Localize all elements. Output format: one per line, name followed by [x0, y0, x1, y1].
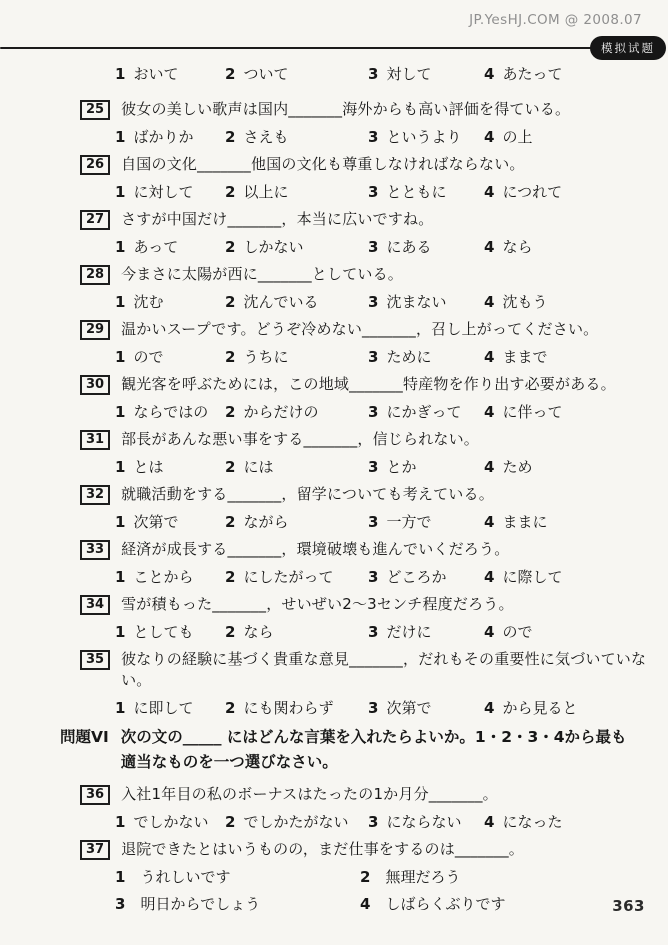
- option-label: にも関わらず: [243, 699, 333, 717]
- option-number: 2: [225, 293, 235, 311]
- section-heading: 問題VI 次の文の_____ にはどんな言葉を入れたらよいか。1・2・3・4から…: [60, 725, 658, 775]
- option-label: なら: [502, 238, 532, 256]
- section-instructions-line2: 適当なものを一つ選びなさい。: [121, 753, 338, 771]
- option-item: 4沈もう: [484, 292, 658, 313]
- option-item: 1でしかない: [115, 812, 225, 833]
- option-label: というより: [386, 128, 461, 146]
- question-item: 27さすが中国だけ_______，本当に広いですね。1あって2しかない3にある4…: [80, 209, 658, 258]
- option-number: 3: [115, 895, 125, 913]
- option-label: に即して: [133, 699, 193, 717]
- question-row: 34雪が積もった_______，せいぜい2～3センチ程度だろう。: [80, 594, 658, 615]
- option-item: 3ために: [368, 347, 484, 368]
- option-item: 4ので: [484, 622, 658, 643]
- question-item: 37退院できたとはいうものの，まだ仕事をするのは_______。1うれしいです2…: [80, 839, 658, 915]
- option-number: 2: [225, 699, 235, 717]
- question-item: 34雪が積もった_______，せいぜい2～3センチ程度だろう。1としても2なら…: [80, 594, 658, 643]
- option-label: どころか: [386, 568, 446, 586]
- option-item: 1おいて: [115, 64, 225, 85]
- option-item: 2ながら: [225, 512, 368, 533]
- question-text: 自国の文化_______他国の文化も尊重しなければならない。: [121, 154, 525, 175]
- option-label: ために: [386, 348, 431, 366]
- option-number: 1: [115, 568, 125, 586]
- option-label: には: [243, 458, 273, 476]
- question-number-box: 32: [80, 485, 110, 505]
- question-number-box: 25: [80, 100, 110, 120]
- questions-section-v: 25彼女の美しい歌声は国内_______海外からも高い評価を得ている。1ばかりか…: [80, 99, 658, 719]
- section-instructions-line1: 次の文の_____ にはどんな言葉を入れたらよいか。1・2・3・4から最も: [121, 728, 627, 746]
- question-number-box: 31: [80, 430, 110, 450]
- option-label: さえも: [243, 128, 288, 146]
- question-row: 25彼女の美しい歌声は国内_______海外からも高い評価を得ている。: [80, 99, 658, 120]
- option-item: 3とか: [368, 457, 484, 478]
- option-label: 沈もう: [502, 293, 547, 311]
- option-number: 2: [225, 348, 235, 366]
- option-number: 3: [368, 238, 378, 256]
- option-item: 2なら: [225, 622, 368, 643]
- option-label: に対して: [133, 183, 193, 201]
- option-label: だけに: [386, 623, 431, 641]
- question-row: 31部長があんな悪い事をする_______，信じられない。: [80, 429, 658, 450]
- question-number-box: 35: [80, 650, 110, 670]
- option-item: 4に伴って: [484, 402, 658, 423]
- option-number: 2: [225, 128, 235, 146]
- question-row: 28今まさに太陽が西に_______としている。: [80, 264, 658, 285]
- option-number: 2: [225, 513, 235, 531]
- question-text: 温かいスープです。どうぞ冷めない_______，召し上がってください。: [121, 319, 598, 340]
- option-item: 4につれて: [484, 182, 658, 203]
- option-item: 2さえも: [225, 127, 368, 148]
- question-row: 29温かいスープです。どうぞ冷めない_______，召し上がってください。: [80, 319, 658, 340]
- question-item: 28今まさに太陽が西に_______としている。1沈む2沈んでいる3沈まない4沈…: [80, 264, 658, 313]
- option-label: からだけの: [243, 403, 318, 421]
- question-options: 1あって2しかない3にある4なら: [115, 237, 658, 258]
- question-number-box: 28: [80, 265, 110, 285]
- option-item: 1あって: [115, 237, 225, 258]
- option-number: 2: [225, 403, 235, 421]
- question-row: 27さすが中国だけ_______，本当に広いですね。: [80, 209, 658, 230]
- option-item: 3どころか: [368, 567, 484, 588]
- question-options: 1に即して2にも関わらず3次第で4から見ると: [115, 698, 658, 719]
- option-item: 1ばかりか: [115, 127, 225, 148]
- question-text: 部長があんな悪い事をする_______，信じられない。: [121, 429, 479, 450]
- option-label: 沈む: [133, 293, 163, 311]
- option-label: しばらくぶりです: [385, 895, 505, 913]
- option-item: 3というより: [368, 127, 484, 148]
- option-label: ので: [502, 623, 532, 641]
- option-label: しかない: [243, 238, 303, 256]
- option-label: おいて: [133, 65, 178, 83]
- option-label: とともに: [386, 183, 446, 201]
- option-number: 4: [484, 513, 494, 531]
- option-number: 1: [115, 813, 125, 831]
- question-options: 1ことから2にしたがって3どころか4に際して: [115, 567, 658, 588]
- option-number: 3: [368, 568, 378, 586]
- option-label: とか: [386, 458, 416, 476]
- option-item: 2でしかたがない: [225, 812, 368, 833]
- option-item: 4に際して: [484, 567, 658, 588]
- option-label: ばかりか: [133, 128, 193, 146]
- option-number: 4: [360, 895, 370, 913]
- page-content: 1おいて2ついて3対して4あたって 25彼女の美しい歌声は国内_______海外…: [80, 64, 658, 921]
- question-options: 1ばかりか2さえも3というより4の上: [115, 127, 658, 148]
- option-item: 3とともに: [368, 182, 484, 203]
- option-label: ままで: [502, 348, 547, 366]
- question-item: 29温かいスープです。どうぞ冷めない_______，召し上がってください。1ので…: [80, 319, 658, 368]
- option-label: 無理だろう: [385, 868, 460, 886]
- question-row: 36入社1年目の私のボーナスはたったの1か月分_______。: [80, 784, 658, 805]
- question-options: 1に対して2以上に3とともに4につれて: [115, 182, 658, 203]
- option-number: 4: [484, 65, 494, 83]
- option-number: 1: [115, 238, 125, 256]
- question-text: 就職活動をする_______，留学についても考えている。: [121, 484, 494, 505]
- question-row: 35彼なりの経験に基づく貴重な意見_______，だれもその重要性に気づいていな…: [80, 649, 658, 691]
- option-number: 1: [115, 868, 125, 886]
- option-number: 3: [368, 458, 378, 476]
- question-number-box: 26: [80, 155, 110, 175]
- option-number: 4: [484, 348, 494, 366]
- question-options: 1でしかない2でしかたがない3にならない4になった: [115, 812, 658, 833]
- option-number: 3: [368, 403, 378, 421]
- option-label: 沈まない: [386, 293, 446, 311]
- option-number: 3: [368, 293, 378, 311]
- option-number: 2: [225, 458, 235, 476]
- option-item: 1とは: [115, 457, 225, 478]
- question-options: 1次第で2ながら3一方で4ままに: [115, 512, 658, 533]
- option-item: 4あたって: [484, 64, 658, 85]
- question-number-box: 33: [80, 540, 110, 560]
- question-item: 32就職活動をする_______，留学についても考えている。1次第で2ながら3一…: [80, 484, 658, 533]
- option-item: 1ので: [115, 347, 225, 368]
- option-number: 2: [225, 568, 235, 586]
- question-row: 30観光客を呼ぶためには，この地域_______特産物を作り出す必要がある。: [80, 374, 658, 395]
- option-item: 1うれしいです: [115, 867, 360, 888]
- option-item: 1に対して: [115, 182, 225, 203]
- option-number: 3: [368, 813, 378, 831]
- question-options: 1ならではの2からだけの3にかぎって4に伴って: [115, 402, 658, 423]
- section-instructions: 次の文の_____ にはどんな言葉を入れたらよいか。1・2・3・4から最も 適当…: [121, 725, 627, 775]
- question-options: 1うれしいです2無理だろう3明日からでしょう4しばらくぶりです: [115, 867, 658, 915]
- option-item: 1ならではの: [115, 402, 225, 423]
- option-item: 2ついて: [225, 64, 368, 85]
- option-label: になった: [502, 813, 562, 831]
- question-text: 雪が積もった_______，せいぜい2～3センチ程度だろう。: [121, 594, 514, 615]
- option-number: 1: [115, 458, 125, 476]
- option-label: 以上に: [243, 183, 288, 201]
- option-number: 1: [115, 513, 125, 531]
- option-number: 3: [368, 183, 378, 201]
- option-label: ついて: [243, 65, 288, 83]
- option-item: 3にある: [368, 237, 484, 258]
- option-item: 1次第で: [115, 512, 225, 533]
- option-item: 1としても: [115, 622, 225, 643]
- question-row: 32就職活動をする_______，留学についても考えている。: [80, 484, 658, 505]
- intro-options-row: 1おいて2ついて3対して4あたって: [115, 64, 658, 85]
- option-number: 4: [484, 293, 494, 311]
- divider-line: [0, 47, 618, 49]
- option-item: 2にも関わらず: [225, 698, 368, 719]
- question-text: 入社1年目の私のボーナスはたったの1か月分_______。: [121, 784, 498, 805]
- option-label: 沈んでいる: [243, 293, 318, 311]
- question-number-box: 30: [80, 375, 110, 395]
- option-number: 2: [225, 238, 235, 256]
- option-item: 4の上: [484, 127, 658, 148]
- option-number: 3: [368, 65, 378, 83]
- option-label: にならない: [386, 813, 461, 831]
- question-item: 33経済が成長する_______，環境破壊も進んでいくだろう。1ことから2にした…: [80, 539, 658, 588]
- question-number-box: 34: [80, 595, 110, 615]
- scanned-test-page: JP.YesHJ.COM @ 2008.07 模拟试题 1おいて2ついて3対して…: [0, 0, 668, 945]
- option-item: 2には: [225, 457, 368, 478]
- questions-section-vi: 36入社1年目の私のボーナスはたったの1か月分_______。1でしかない2でし…: [80, 784, 658, 915]
- option-item: 4から見ると: [484, 698, 658, 719]
- option-number: 1: [115, 65, 125, 83]
- option-item: 4ため: [484, 457, 658, 478]
- option-number: 1: [115, 348, 125, 366]
- option-label: とは: [133, 458, 163, 476]
- option-label: から見ると: [502, 699, 577, 717]
- option-label: にかぎって: [386, 403, 461, 421]
- page-number: 363: [612, 897, 645, 915]
- option-label: ので: [133, 348, 163, 366]
- option-number: 2: [225, 623, 235, 641]
- option-label: としても: [133, 623, 193, 641]
- option-number: 1: [115, 128, 125, 146]
- question-options: 1としても2なら3だけに4ので: [115, 622, 658, 643]
- option-item: 3次第で: [368, 698, 484, 719]
- option-number: 1: [115, 183, 125, 201]
- option-number: 3: [368, 348, 378, 366]
- option-label: ながら: [243, 513, 288, 531]
- option-label: ままに: [502, 513, 547, 531]
- option-label: あって: [133, 238, 178, 256]
- option-label: うちに: [243, 348, 288, 366]
- option-label: でしかたがない: [243, 813, 348, 831]
- option-label: に際して: [502, 568, 562, 586]
- question-row: 26自国の文化_______他国の文化も尊重しなければならない。: [80, 154, 658, 175]
- option-number: 4: [484, 183, 494, 201]
- option-number: 3: [368, 128, 378, 146]
- option-label: ため: [502, 458, 532, 476]
- option-item: 1沈む: [115, 292, 225, 313]
- option-number: 4: [484, 128, 494, 146]
- option-number: 2: [225, 183, 235, 201]
- option-item: 1に即して: [115, 698, 225, 719]
- option-item: 3明日からでしょう: [115, 894, 360, 915]
- option-number: 4: [484, 813, 494, 831]
- question-item: 35彼なりの経験に基づく貴重な意見_______，だれもその重要性に気づいていな…: [80, 649, 658, 719]
- option-item: 3だけに: [368, 622, 484, 643]
- question-item: 36入社1年目の私のボーナスはたったの1か月分_______。1でしかない2でし…: [80, 784, 658, 833]
- option-number: 4: [484, 238, 494, 256]
- option-label: 対して: [386, 65, 431, 83]
- question-item: 25彼女の美しい歌声は国内_______海外からも高い評価を得ている。1ばかりか…: [80, 99, 658, 148]
- question-item: 31部長があんな悪い事をする_______，信じられない。1とは2には3とか4た…: [80, 429, 658, 478]
- option-number: 4: [484, 568, 494, 586]
- question-options: 1とは2には3とか4ため: [115, 457, 658, 478]
- question-text: 彼なりの経験に基づく貴重な意見_______，だれもその重要性に気づいていない。: [121, 649, 658, 691]
- section-label: 問題VI: [60, 725, 109, 775]
- option-number: 4: [484, 699, 494, 717]
- question-text: 経済が成長する_______，環境破壊も進んでいくだろう。: [121, 539, 509, 560]
- option-item: 4ままで: [484, 347, 658, 368]
- option-label: 明日からでしょう: [140, 895, 260, 913]
- option-label: につれて: [502, 183, 562, 201]
- option-number: 2: [360, 868, 370, 886]
- option-item: 3にかぎって: [368, 402, 484, 423]
- question-row: 33経済が成長する_______，環境破壊も進んでいくだろう。: [80, 539, 658, 560]
- question-row: 37退院できたとはいうものの，まだ仕事をするのは_______。: [80, 839, 658, 860]
- option-item: 4ままに: [484, 512, 658, 533]
- option-number: 1: [115, 403, 125, 421]
- option-number: 3: [368, 623, 378, 641]
- option-item: 2しかない: [225, 237, 368, 258]
- option-number: 1: [115, 699, 125, 717]
- option-label: ことから: [133, 568, 193, 586]
- option-item: 3沈まない: [368, 292, 484, 313]
- option-item: 3一方で: [368, 512, 484, 533]
- question-text: 退院できたとはいうものの，まだ仕事をするのは_______。: [121, 839, 524, 860]
- option-number: 4: [484, 623, 494, 641]
- option-number: 3: [368, 699, 378, 717]
- question-item: 26自国の文化_______他国の文化も尊重しなければならない。1に対して2以上…: [80, 154, 658, 203]
- corner-tag-badge: 模拟试题: [590, 36, 666, 60]
- option-item: 2以上に: [225, 182, 368, 203]
- question-item: 30観光客を呼ぶためには，この地域_______特産物を作り出す必要がある。1な…: [80, 374, 658, 423]
- question-number-box: 36: [80, 785, 110, 805]
- option-label: あたって: [502, 65, 562, 83]
- option-number: 4: [484, 458, 494, 476]
- question-text: 今まさに太陽が西に_______としている。: [121, 264, 403, 285]
- option-item: 4なら: [484, 237, 658, 258]
- option-item: 2うちに: [225, 347, 368, 368]
- option-label: 次第で: [133, 513, 178, 531]
- question-text: さすが中国だけ_______，本当に広いですね。: [121, 209, 433, 230]
- option-item: 3対して: [368, 64, 484, 85]
- option-label: に伴って: [502, 403, 562, 421]
- option-label: 次第で: [386, 699, 431, 717]
- question-options: 1ので2うちに3ために4ままで: [115, 347, 658, 368]
- option-number: 3: [368, 513, 378, 531]
- header-watermark: JP.YesHJ.COM @ 2008.07: [469, 12, 642, 28]
- option-label: なら: [243, 623, 273, 641]
- option-label: でしかない: [133, 813, 208, 831]
- option-label: うれしいです: [140, 868, 230, 886]
- option-item: 2からだけの: [225, 402, 368, 423]
- question-options: 1沈む2沈んでいる3沈まない4沈もう: [115, 292, 658, 313]
- option-item: 1ことから: [115, 567, 225, 588]
- question-number-box: 27: [80, 210, 110, 230]
- option-number: 2: [225, 65, 235, 83]
- option-label: の上: [502, 128, 532, 146]
- option-item: 2にしたがって: [225, 567, 368, 588]
- option-item: 3にならない: [368, 812, 484, 833]
- question-number-box: 37: [80, 840, 110, 860]
- option-label: にある: [386, 238, 431, 256]
- option-label: ならではの: [133, 403, 208, 421]
- option-number: 1: [115, 623, 125, 641]
- option-label: 一方で: [386, 513, 431, 531]
- option-item: 2沈んでいる: [225, 292, 368, 313]
- question-text: 彼女の美しい歌声は国内_______海外からも高い評価を得ている。: [121, 99, 570, 120]
- option-number: 1: [115, 293, 125, 311]
- question-number-box: 29: [80, 320, 110, 340]
- option-number: 4: [484, 403, 494, 421]
- option-item: 2無理だろう: [360, 867, 658, 888]
- question-text: 観光客を呼ぶためには，この地域_______特産物を作り出す必要がある。: [121, 374, 616, 395]
- option-item: 4になった: [484, 812, 658, 833]
- option-number: 2: [225, 813, 235, 831]
- option-label: にしたがって: [243, 568, 333, 586]
